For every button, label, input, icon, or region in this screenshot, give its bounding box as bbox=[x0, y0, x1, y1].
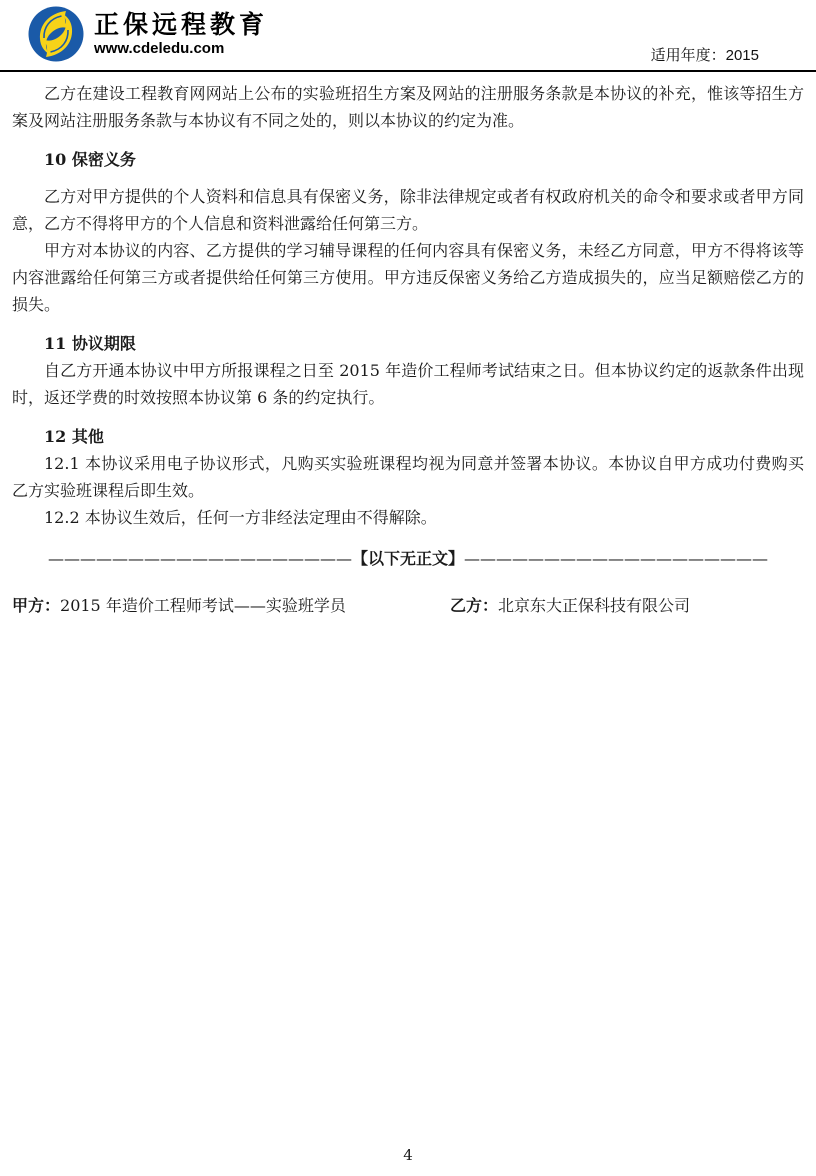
logo: 正保远程教育 www.cdeledu.com bbox=[28, 6, 268, 62]
logo-url: www.cdeledu.com bbox=[94, 40, 268, 58]
logo-title: 正保远程教育 bbox=[94, 10, 268, 40]
section-11-heading: 11 协议期限 bbox=[12, 330, 804, 357]
end-marker-dashes-left: ——————————————————— bbox=[48, 549, 352, 568]
end-marker-dashes-right: ——————————————————— bbox=[464, 549, 768, 568]
end-of-text-marker: ———————————————————【以下无正文】——————————————… bbox=[12, 545, 804, 572]
section-12-paragraph: 12.1 本协议采用电子协议形式，凡购买实验班课程均视为同意并签署本协议。本协议… bbox=[12, 450, 804, 504]
contract-body: 乙方在建设工程教育网网站上公布的实验班招生方案及网站的注册服务条款是本协议的补充… bbox=[0, 72, 816, 619]
section-12-paragraph: 12.2 本协议生效后，任何一方非经法定理由不得解除。 bbox=[12, 504, 804, 531]
logo-swirl-icon bbox=[28, 6, 84, 62]
document-page: 正保远程教育 www.cdeledu.com 适用年度：2015 乙方在建设工程… bbox=[0, 0, 816, 1176]
section-11-paragraph: 自乙方开通本协议中甲方所报课程之日至 2015 年造价工程师考试结束之日。但本协… bbox=[12, 357, 804, 411]
logo-text: 正保远程教育 www.cdeledu.com bbox=[94, 10, 268, 58]
party-b-label: 乙方： bbox=[450, 596, 498, 615]
party-b-value: 北京东大正保科技有限公司 bbox=[498, 596, 690, 615]
applicable-year-label: 适用年度：2015 bbox=[651, 44, 759, 65]
page-header: 正保远程教育 www.cdeledu.com 适用年度：2015 bbox=[0, 0, 816, 72]
signature-row: 甲方：2015 年造价工程师考试——实验班学员 乙方：北京东大正保科技有限公司 bbox=[12, 592, 804, 619]
end-marker-label: 【以下无正文】 bbox=[352, 549, 464, 568]
intro-paragraph: 乙方在建设工程教育网网站上公布的实验班招生方案及网站的注册服务条款是本协议的补充… bbox=[12, 80, 804, 134]
section-10-paragraph: 乙方对甲方提供的个人资料和信息具有保密义务，除非法律规定或者有权政府机关的命令和… bbox=[12, 183, 804, 237]
section-12-heading: 12 其他 bbox=[12, 423, 804, 450]
party-a-value: 2015 年造价工程师考试——实验班学员 bbox=[60, 596, 346, 615]
party-b: 乙方：北京东大正保科技有限公司 bbox=[450, 592, 804, 619]
page-number: 4 bbox=[0, 1146, 816, 1164]
party-a-label: 甲方： bbox=[12, 596, 60, 615]
section-10-paragraph: 甲方对本协议的内容、乙方提供的学习辅导课程的任何内容具有保密义务，未经乙方同意，… bbox=[12, 237, 804, 318]
section-10-heading: 10 保密义务 bbox=[12, 146, 804, 173]
party-a: 甲方：2015 年造价工程师考试——实验班学员 bbox=[12, 592, 450, 619]
